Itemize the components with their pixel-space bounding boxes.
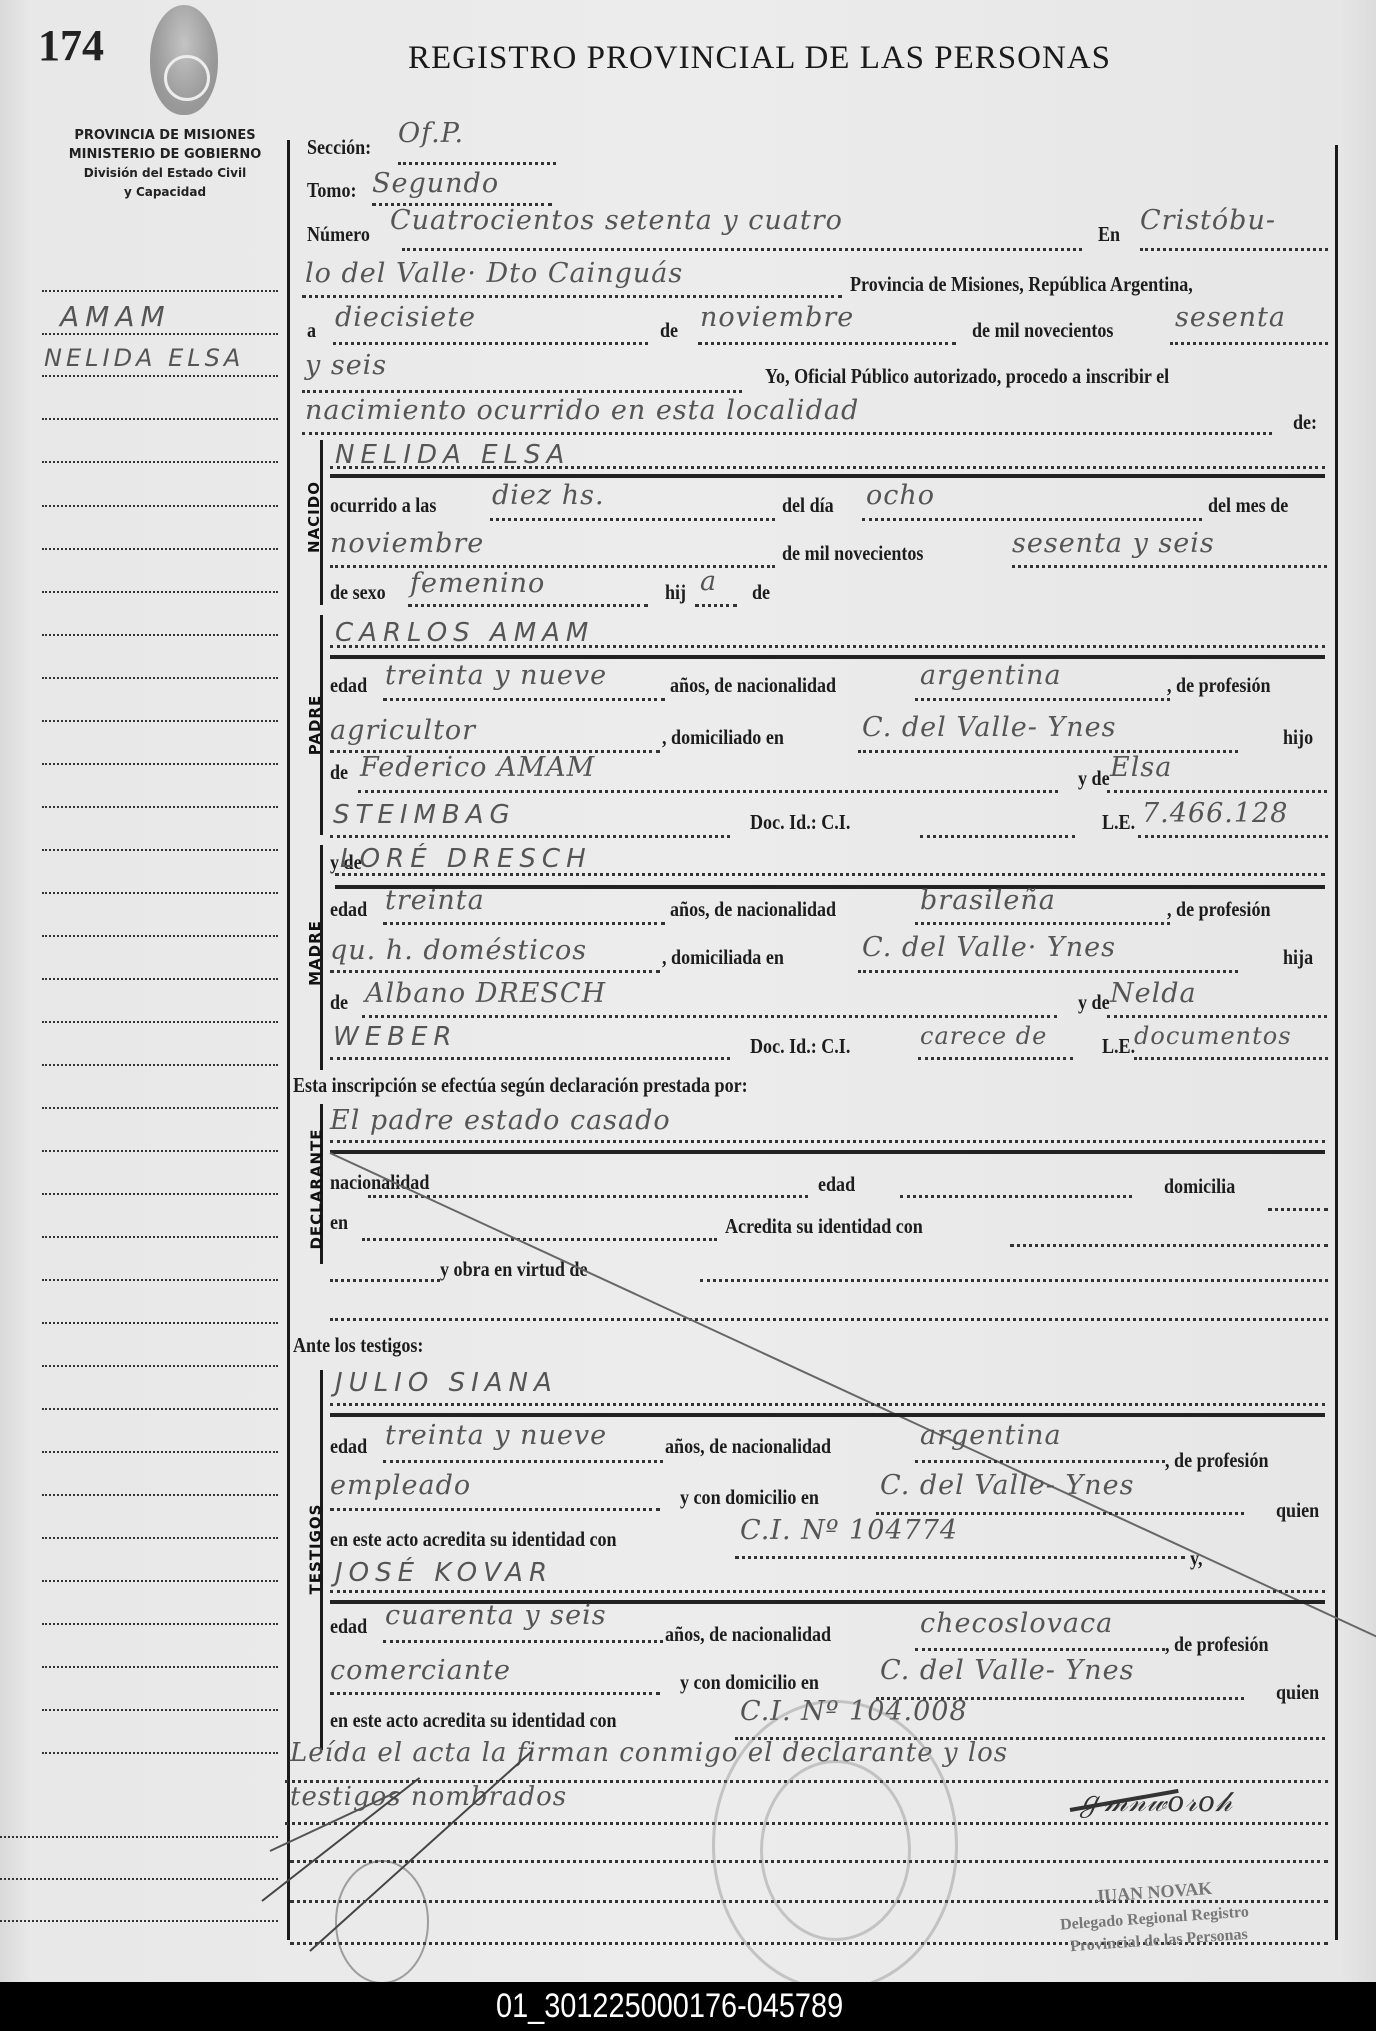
- numero-value: Cuatrocientos setenta y cuatro: [390, 205, 843, 236]
- padre-nacionalidad-label: años, de nacionalidad: [670, 673, 836, 698]
- madre-padre-nombre: Albano DRESCH: [365, 978, 606, 1009]
- scan-id-bar: 01_301225000176-045789: [0, 1982, 1376, 2031]
- padre-nombre: CARLOS AMAM: [335, 618, 594, 648]
- padre-domicilio-label: , domiciliado en: [662, 725, 784, 750]
- form-left-border: [287, 140, 290, 1940]
- testigo-1-domicilio-label: y con domicilio en: [680, 1485, 819, 1510]
- testigo-2-quien-label: quien: [1276, 1680, 1319, 1705]
- nacido-mil-label: de mil novecientos: [782, 541, 923, 566]
- nacido-de-label: de: [752, 580, 770, 605]
- testigo-1-edad-label: edad: [330, 1434, 367, 1459]
- scan-id: 01_301225000176-045789: [496, 1987, 843, 2026]
- madre-edad-value: treinta: [385, 885, 485, 916]
- padre-profesion-label: , de profesión: [1167, 673, 1271, 698]
- padre-madre-apellido: STEIMBAG: [333, 800, 516, 830]
- testigo-2-domicilio-label: y con domicilio en: [680, 1670, 819, 1695]
- birth-certificate-page: 174 REGISTRO PROVINCIAL DE LAS PERSONAS …: [0, 0, 1376, 1982]
- nacido-anio-value: sesenta y seis: [1012, 528, 1215, 559]
- padre-doc-label: Doc. Id.: C.I.: [750, 810, 850, 835]
- madre-madre-apellido: WEBER: [333, 1022, 457, 1052]
- testigos-intro: Ante los testigos:: [293, 1333, 423, 1358]
- official-seal-inner-ring: [760, 1760, 911, 1941]
- padre-padre-nombre: Federico AMAM: [360, 752, 595, 783]
- padre-y-de-label: y de: [1078, 766, 1110, 791]
- del-dia-label: del día: [782, 493, 834, 518]
- issuing-authority: PROVINCIA DE MISIONES MINISTERIO DE GOBI…: [40, 126, 290, 202]
- dia-value: diecisiete: [335, 302, 476, 333]
- de-label: de: [660, 318, 678, 343]
- form-right-border: [1335, 145, 1338, 1940]
- madre-domicilio-label: , domiciliada en: [662, 945, 784, 970]
- hecho-value: nacimiento ocurrido en esta localidad: [305, 395, 859, 426]
- tomo-label: Tomo:: [307, 178, 357, 203]
- anio-value-2: y seis: [305, 350, 387, 381]
- declarante-value: El padre estado casado: [330, 1105, 671, 1136]
- madre-edad-label: edad: [330, 897, 367, 922]
- header-division: División del Estado Civil: [40, 164, 290, 183]
- nacido-section-label: NACIDO: [305, 481, 323, 553]
- lugar-value-2: lo del Valle· Dto Cainguás: [305, 258, 683, 289]
- testigo-1-profesion-label: , de profesión: [1165, 1448, 1269, 1473]
- anio-value-1: sesenta: [1175, 302, 1286, 333]
- testigo-2-nombre: JOSÉ KOVAR: [335, 1558, 553, 1588]
- testigos-section-label: TESTIGOS: [306, 1504, 324, 1595]
- madre-nacionalidad-label: años, de nacionalidad: [670, 897, 836, 922]
- declarante-acredita-label: Acredita su identidad con: [725, 1214, 923, 1239]
- testigo-1-acredita-label: en este acto acredita su identidad con: [330, 1527, 617, 1552]
- testigo-1-nombre: JULIO SIANA: [335, 1368, 558, 1398]
- en-label: En: [1098, 222, 1120, 247]
- testigo-2-edad-label: edad: [330, 1614, 367, 1639]
- provincia-text: Provincia de Misiones, República Argenti…: [850, 272, 1193, 297]
- padre-section-label: PADRE: [306, 695, 324, 755]
- madre-de-label: de: [330, 990, 348, 1015]
- sexo-value: femenino: [410, 568, 545, 599]
- testigo-2-edad-value: cuarenta y seis: [385, 1600, 607, 1631]
- mil-novecientos-label: de mil novecientos: [972, 318, 1113, 343]
- padre-le-label: L.E.: [1102, 810, 1135, 835]
- testigo-1-edad-value: treinta y nueve: [385, 1420, 607, 1451]
- cierre-line-2: testigos nombrados: [290, 1782, 567, 1812]
- hij-value: a: [700, 566, 717, 597]
- padre-madre-nombre: Elsa: [1110, 752, 1172, 783]
- seccion-value: Of.P.: [398, 118, 464, 149]
- madre-profesion-value: qu. h. domésticos: [330, 935, 587, 966]
- sexo-label: de sexo: [330, 580, 386, 605]
- padre-de-label: de: [330, 760, 348, 785]
- madre-le-value: documentos: [1134, 1022, 1292, 1050]
- padre-domicilio-value: C. del Valle- Ynes: [862, 712, 1116, 743]
- folio-number: 174: [38, 20, 104, 71]
- nacido-dia-value: ocho: [866, 480, 935, 511]
- testigo-2-profesion-label: , de profesión: [1165, 1632, 1269, 1657]
- seccion-label: Sección:: [307, 135, 371, 160]
- oficial-text: Yo, Oficial Público autorizado, procedo …: [765, 364, 1169, 389]
- testigo-2-domicilio-value: C. del Valle- Ynes: [880, 1655, 1134, 1686]
- tomo-value: Segundo: [372, 168, 499, 199]
- header-capacidad: y Capacidad: [40, 183, 290, 202]
- testigo-2-nacionalidad-label: años, de nacionalidad: [665, 1622, 831, 1647]
- padre-edad-value: treinta y nueve: [385, 660, 607, 691]
- madre-profesion-label: , de profesión: [1167, 897, 1271, 922]
- madre-domicilio-value: C. del Valle· Ynes: [862, 932, 1116, 963]
- margin-given-names: NELIDA ELSA: [44, 344, 244, 372]
- testigo-1-nacionalidad-value: argentina: [920, 1420, 1062, 1451]
- hora-value: diez hs.: [492, 480, 605, 511]
- header-province: PROVINCIA DE MISIONES: [40, 126, 290, 145]
- madre-nacionalidad-value: brasileña: [920, 885, 1056, 916]
- padre-le-value: 7.466.128: [1142, 798, 1288, 829]
- madre-hija-label: hija: [1283, 945, 1313, 970]
- madre-doc-label: Doc. Id.: C.I.: [750, 1034, 850, 1059]
- padre-nacionalidad-value: argentina: [920, 660, 1062, 691]
- testigo-1-domicilio-value: C. del Valle- Ynes: [880, 1470, 1134, 1501]
- a-label: a: [307, 318, 316, 343]
- margin-surname: AMAM: [60, 300, 171, 333]
- madre-section-label: MADRE: [306, 920, 324, 986]
- madre-nombre: LORÉ DRESCH: [340, 844, 592, 874]
- numero-label: Número: [307, 222, 370, 247]
- padre-profesion-value: agricultor: [330, 715, 476, 746]
- madre-y-de2-label: y de: [1078, 990, 1110, 1015]
- document-title: REGISTRO PROVINCIAL DE LAS PERSONAS: [408, 40, 1111, 77]
- madre-le-label: L.E.: [1102, 1034, 1135, 1059]
- madre-ci-value: carece de: [920, 1022, 1047, 1050]
- declarante-edad-label: edad: [818, 1172, 855, 1197]
- declarante-section-label: DECLARANTE: [308, 1128, 326, 1249]
- header-ministry: MINISTERIO DE GOBIERNO: [40, 145, 290, 164]
- testigo-1-quien-label: quien: [1276, 1498, 1319, 1523]
- nacido-mes-value: noviembre: [330, 528, 484, 559]
- mes-value: noviembre: [700, 302, 854, 333]
- padre-hijo-label: hijo: [1283, 725, 1313, 750]
- del-mes-label: del mes de: [1208, 493, 1288, 518]
- testigo-1-identidad-value: C.I. Nº 104774: [740, 1515, 958, 1546]
- testigo-1-profesion-value: empleado: [330, 1470, 471, 1501]
- official-signature-scrawl: ℊ𝓂𝓃𝓌𝑜𝓇𝑜𝒽: [1075, 1780, 1233, 1820]
- testigo-y-label: y,: [1190, 1546, 1203, 1571]
- declaracion-intro: Esta inscripción se efectúa según declar…: [293, 1073, 748, 1098]
- testigo-1-nacionalidad-label: años, de nacionalidad: [665, 1434, 831, 1459]
- ocurrido-label: ocurrido a las: [330, 493, 436, 518]
- lugar-value-1: Cristóbu-: [1140, 205, 1276, 236]
- testigo-2-nacionalidad-value: checoslovaca: [920, 1608, 1113, 1639]
- argentina-coat-of-arms-icon: [150, 5, 218, 115]
- declarante-en-label: en: [330, 1210, 348, 1235]
- testigo-2-acredita-label: en este acto acredita su identidad con: [330, 1708, 617, 1733]
- de-colon-label: de:: [1293, 410, 1317, 435]
- padre-edad-label: edad: [330, 673, 367, 698]
- madre-madre-nombre: Nelda: [1110, 978, 1197, 1009]
- hij-label: hij: [665, 580, 686, 605]
- testigo-2-profesion-value: comerciante: [330, 1655, 511, 1686]
- declarante-domicilia-label: domicilia: [1164, 1174, 1235, 1199]
